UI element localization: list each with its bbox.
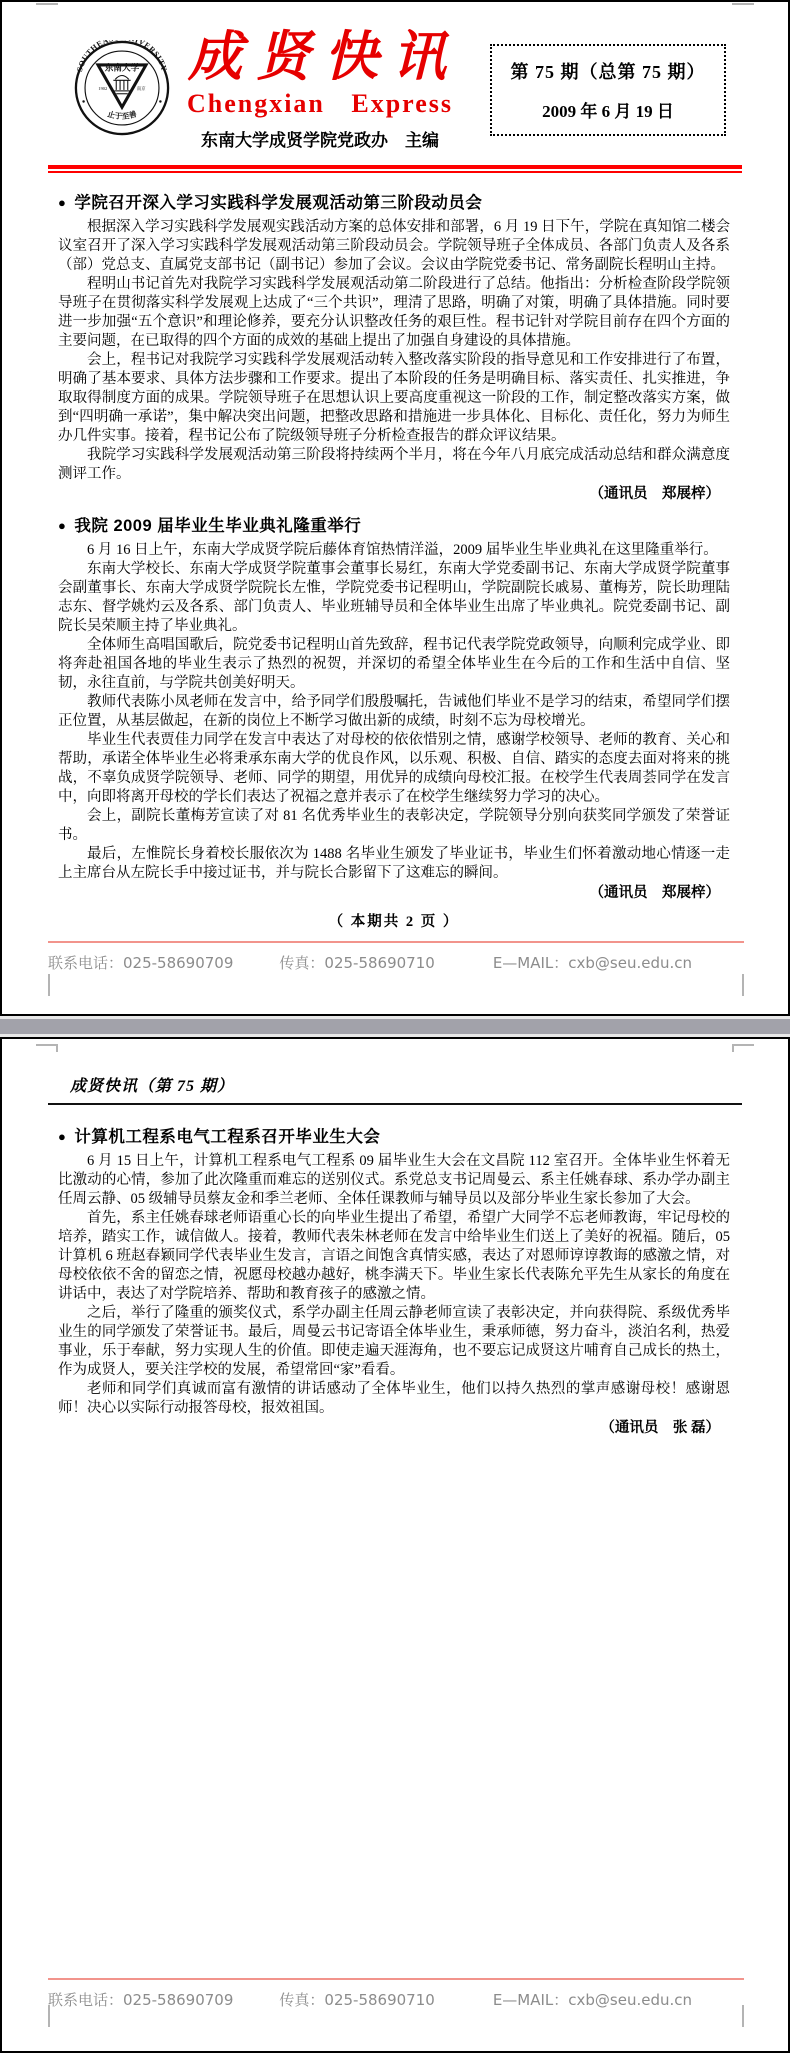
article-paragraph: 首先，系主任姚春球老师语重心长的向毕业生提出了希望，希望广大同学不忘老师教诲，牢… bbox=[58, 1209, 730, 1304]
article-1: ●学院召开深入学习实践科学发展观活动第三阶段动员会 根据深入学习实践科学发展观实… bbox=[58, 189, 730, 504]
article-paragraph: 根据深入学习实践科学发展观实践活动方案的总体安排和部署，6 月 19 日下午，学… bbox=[58, 218, 730, 275]
article-paragraph: 毕业生代表贾佳力同学在发言中表达了对母校的依依惜别之情，感谢学校领导、老师的教育… bbox=[58, 731, 730, 807]
seal-city: 南京 bbox=[137, 85, 146, 92]
page1-content: ●学院召开深入学习实践科学发展观活动第三阶段动员会 根据深入学习实践科学发展观实… bbox=[58, 189, 730, 932]
crop-mark bbox=[48, 974, 50, 996]
newsletter-subtitle: Chengxian Express bbox=[180, 90, 460, 118]
article-title-text: 我院 2009 届毕业生毕业典礼隆重举行 bbox=[74, 517, 361, 535]
crop-mark bbox=[742, 974, 744, 996]
issue-info-box: 第 75 期（总第 75 期） 2009 年 6 月 19 日 bbox=[490, 44, 726, 136]
article-2: ●我院 2009 届毕业生毕业典礼隆重举行 6 月 16 日上午，东南大学成贤学… bbox=[58, 512, 730, 903]
masthead-divider bbox=[48, 165, 742, 173]
page-separator bbox=[0, 1016, 790, 1037]
article-title: ●计算机工程系电气工程系召开毕业生大会 bbox=[58, 1123, 730, 1147]
page-count-note: （ 本期共 2 页 ） bbox=[58, 913, 730, 932]
page-footer: 联系电话：025-58690709 传真：025-58690710 E—MAIL… bbox=[48, 941, 744, 973]
article-paragraph: 程明山书记首先对我院学习实践科学发展观活动第二阶段进行了总结。他指出：分析检查阶… bbox=[58, 275, 730, 351]
bullet-icon: ● bbox=[58, 518, 66, 533]
crop-mark bbox=[48, 2005, 50, 2027]
byline: （通讯员 张 磊） bbox=[58, 1419, 730, 1438]
publisher-line: 东南大学成贤学院党政办 主编 bbox=[180, 126, 460, 151]
crop-mark bbox=[732, 3, 754, 5]
bullet-icon: ● bbox=[58, 195, 66, 210]
article-paragraph: 最后，左惟院长身着校长服依次为 1488 名毕业生颁发了毕业证书，毕业生们怀着激… bbox=[58, 845, 730, 883]
page2-content: ●计算机工程系电气工程系召开毕业生大会 6 月 15 日上午，计算机工程系电气工… bbox=[58, 1123, 730, 1438]
crop-mark bbox=[732, 1044, 734, 1052]
footer-fax: 传真：025-58690710 bbox=[279, 1989, 434, 2010]
crop-mark bbox=[742, 2005, 744, 2027]
issue-number: 第 75 期（总第 75 期） bbox=[511, 58, 706, 84]
seal-motto: 止于至善 bbox=[106, 108, 138, 121]
page-2: 成贤快讯（第 75 期） ●计算机工程系电气工程系召开毕业生大会 6 月 15 … bbox=[0, 1037, 790, 2053]
article-paragraph: 全体师生高唱国歌后，院党委书记程明山首先致辞，程书记代表学院党政领导，向顺利完成… bbox=[58, 636, 730, 693]
byline: （通讯员 郑展梓） bbox=[58, 884, 730, 903]
university-seal-logo: SOUTHEAST UNIVERSITY 东南大学 1902 bbox=[74, 40, 170, 136]
article-paragraph: 我院学习实践科学发展观活动第三阶段将持续两个半月，将在今年八月底完成活动总结和群… bbox=[58, 446, 730, 484]
bullet-icon: ● bbox=[58, 1129, 66, 1144]
svg-text:止于至善: 止于至善 bbox=[106, 108, 138, 121]
footer-phone: 联系电话：025-58690709 bbox=[48, 1989, 233, 2010]
byline: （通讯员 郑展梓） bbox=[58, 485, 730, 504]
issue-date: 2009 年 6 月 19 日 bbox=[542, 97, 674, 122]
page-1: SOUTHEAST UNIVERSITY 东南大学 1902 bbox=[0, 0, 790, 1016]
article-title: ●学院召开深入学习实践科学发展观活动第三阶段动员会 bbox=[58, 189, 730, 213]
crop-mark bbox=[732, 1044, 754, 1046]
article-paragraph: 东南大学校长、东南大学成贤学院董事会董事长易红，东南大学党委副书记、东南大学成贤… bbox=[58, 560, 730, 636]
article-3: ●计算机工程系电气工程系召开毕业生大会 6 月 15 日上午，计算机工程系电气工… bbox=[58, 1123, 730, 1438]
newsletter-preview: SOUTHEAST UNIVERSITY 东南大学 1902 bbox=[0, 0, 790, 2053]
seal-cn-name: 东南大学 bbox=[105, 62, 140, 73]
article-title-text: 计算机工程系电气工程系召开毕业生大会 bbox=[74, 1128, 380, 1146]
article-paragraph: 老师和同学们真诚而富有激情的讲话感动了全体毕业生，他们以持久热烈的掌声感谢母校！… bbox=[58, 1380, 730, 1418]
masthead: SOUTHEAST UNIVERSITY 东南大学 1902 bbox=[2, 2, 788, 151]
footer-email: E—MAIL：cxb@seu.edu.cn bbox=[493, 1989, 692, 2010]
article-title: ●我院 2009 届毕业生毕业典礼隆重举行 bbox=[58, 512, 730, 536]
article-paragraph: 会上，副院长董梅芳宣读了对 81 名优秀毕业生的表彰决定，学院领导分别向获奖同学… bbox=[58, 807, 730, 845]
article-paragraph: 教师代表陈小凤老师在发言中，给予同学们殷殷嘱托，告诫他们毕业不是学习的结束，希望… bbox=[58, 693, 730, 731]
footer-phone: 联系电话：025-58690709 bbox=[48, 952, 233, 973]
article-paragraph: 之后，举行了隆重的颁奖仪式，系学办副主任周云静老师宣读了表彰决定，并向获得院、系… bbox=[58, 1304, 730, 1380]
article-title-text: 学院召开深入学习实践科学发展观活动第三阶段动员会 bbox=[74, 194, 482, 212]
article-paragraph: 会上，程书记对我院学习实践科学发展观活动转入整改落实阶段的指导意见和工作安排进行… bbox=[58, 351, 730, 446]
crop-mark bbox=[36, 3, 58, 5]
footer-fax: 传真：025-58690710 bbox=[279, 952, 434, 973]
crop-mark bbox=[56, 1044, 58, 1052]
seal-pavilion bbox=[113, 76, 130, 94]
crop-mark bbox=[36, 1044, 58, 1046]
article-paragraph: 6 月 16 日上午，东南大学成贤学院后藤体育馆热情洋溢，2009 届毕业生毕业… bbox=[58, 541, 730, 560]
newsletter-title: 成贤快讯 bbox=[180, 28, 460, 86]
page-footer: 联系电话：025-58690709 传真：025-58690710 E—MAIL… bbox=[48, 1978, 744, 2010]
seal-year: 1902 bbox=[98, 86, 107, 91]
running-head: 成贤快讯（第 75 期） bbox=[48, 1073, 742, 1105]
footer-email: E—MAIL：cxb@seu.edu.cn bbox=[493, 952, 692, 973]
article-paragraph: 6 月 15 日上午，计算机工程系电气工程系 09 届毕业生大会在文昌院 112… bbox=[58, 1152, 730, 1209]
